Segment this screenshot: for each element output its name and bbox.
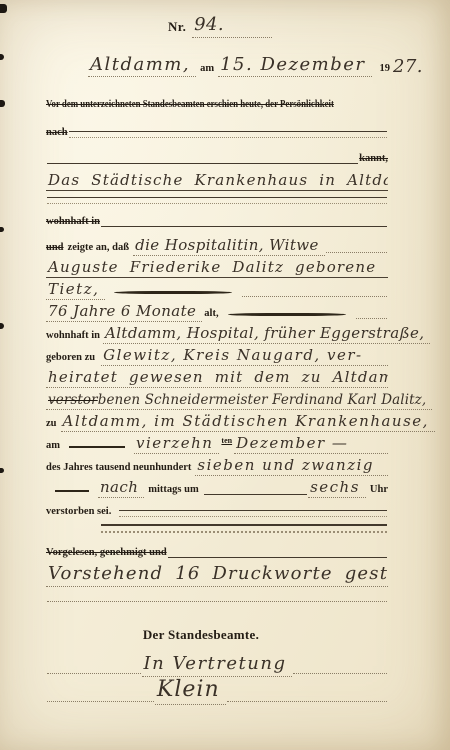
struck-intro-row: Vor dem unterzeichneten Standesbeamten e… (46, 93, 388, 113)
death-day-entry: vierzehn (134, 434, 219, 454)
registrar-signature: Klein (155, 677, 226, 705)
representation-row: In Vertretung (46, 653, 388, 677)
place-entry: Altdamm, (88, 54, 196, 78)
death-hour-row: nach mittags um sechs Uhr (46, 478, 388, 498)
struck-intro-text: Vor dem unterzeichneten Standesbeamten e… (46, 98, 334, 113)
document-body: Nr. 94. Altdamm, am 15. Dezember 19 27. … (0, 0, 450, 705)
birthplace-entry: Glewitz, Kreis Naugard, ver- (101, 346, 388, 366)
struck-nach-text: nach (46, 126, 68, 141)
residence-row: wohnhaft in Altdamm, Hospital, früher Eg… (46, 324, 388, 344)
record-number-row: Nr. 94. (168, 14, 388, 38)
death-month-entry: Dezember — (234, 434, 388, 454)
husband-struck-part: verstor (48, 392, 98, 408)
husband-entry: verstorbenen Schneidermeister Ferdinand … (46, 392, 432, 410)
ruled-line (101, 524, 387, 533)
ruled-line (47, 601, 387, 602)
death-place-row: zu Altdamm, im Städtischen Krankenhause, (46, 412, 388, 432)
death-place-entry: Altdamm, im Städtischen Krankenhause, (61, 412, 435, 432)
year-printed: 19 (380, 62, 391, 77)
age-row: 76 Jahre 6 Monate alt, (46, 302, 388, 322)
date-entry: 15. Dezember (218, 54, 371, 78)
alt-label: alt, (204, 307, 218, 322)
ten-suffix-label: ten (219, 436, 234, 446)
nr-label: Nr. (168, 19, 186, 37)
verstorben-label: verstorben sei. (46, 505, 111, 520)
husband-rest-part: benen Schneidermeister Ferdinand Karl Da… (98, 392, 427, 408)
death-register-page: Nr. 94. Altdamm, am 15. Dezember 19 27. … (0, 0, 450, 750)
wohnhaft-label: wohnhaft in (46, 329, 100, 344)
ruled-line (242, 296, 387, 297)
am-death-label: am (46, 439, 60, 454)
ruled-line (204, 494, 307, 495)
verstorben-row: verstorben sei. (46, 500, 388, 520)
registrar-title-row: Der Standesbeamte. (46, 625, 388, 645)
hour-entry: sechs (308, 478, 366, 498)
death-day-row: am vierzehn ten Dezember — (46, 434, 388, 454)
ruled-line (47, 163, 358, 164)
ruled-line (47, 701, 154, 702)
blank-line-row (46, 595, 388, 605)
struck-kannt-text: kannt, (359, 152, 388, 167)
registrar-title: Der Standesbeamte. (143, 627, 259, 645)
filler-dash (69, 446, 125, 448)
ruled-line (119, 510, 387, 517)
informant-row: Das Städtische Krankenhaus in Altdamm (46, 171, 388, 191)
informant-entry: Das Städtische Krankenhaus in Altdamm (46, 171, 388, 191)
death-year-entry: sieben und zwanzig (195, 456, 388, 476)
ruled-line (69, 131, 387, 138)
declaration-row: und zeigte an, daß die Hospitalitin, Wit… (46, 236, 388, 256)
deceased-intro-entry: die Hospitalitin, Witwe (133, 236, 325, 256)
ruled-line (326, 252, 387, 253)
struck-und-text: und (46, 241, 64, 256)
deceased-surname-entry: Tietz, (46, 280, 105, 300)
struck-wohnhaft-row: wohnhaft in (46, 215, 388, 230)
struck-vorgelesen-row: Vorgelesen, genehmigt und (46, 546, 388, 561)
marriage-row: heiratet gewesen mit dem zu Altdamm (46, 368, 388, 388)
death-year-row: des Jahres tausend neunhundert sieben un… (46, 456, 388, 476)
struck-kannt-row: kannt, (46, 147, 388, 167)
deceased-name-row: Auguste Friederike Dalitz geborene (46, 258, 388, 278)
struck-vorgelesen-text: Vorgelesen, genehmigt und (46, 546, 167, 561)
struck-nach-row: nach (46, 121, 388, 141)
zeigte-label: zeigte an, daß (68, 241, 130, 256)
ruled-line (47, 197, 387, 204)
blank-line-row (46, 524, 388, 536)
uhr-label: Uhr (370, 483, 388, 498)
struck-wohnhaft-text: wohnhaft in (46, 215, 100, 230)
year-words-label: des Jahres tausend neunhundert (46, 461, 191, 476)
mittags-label: mittags um (148, 483, 198, 498)
daytime-entry: nach (98, 478, 144, 498)
record-number-value: 94. (192, 14, 272, 38)
filler-dash (55, 490, 89, 492)
ruled-line (227, 701, 387, 702)
marriage-entry: heiratet gewesen mit dem zu Altdamm (46, 368, 388, 388)
year-entry: 27. (393, 56, 423, 78)
representation-entry: In Vertretung (142, 653, 293, 677)
blank-line-row (46, 197, 388, 207)
ruled-line (356, 318, 387, 319)
birthplace-row: geboren zu Glewitz, Kreis Naugard, ver- (46, 346, 388, 366)
zu-label: zu (46, 417, 57, 432)
geboren-label: geboren zu (46, 351, 95, 366)
ruled-line (293, 673, 387, 674)
husband-row: verstorbenen Schneidermeister Ferdinand … (46, 390, 388, 410)
correction-note-entry: Vorstehend 16 Druckworte gestrichen. (46, 563, 388, 587)
deceased-name-entry: Auguste Friederike Dalitz geborene (46, 258, 388, 278)
ruled-line (101, 226, 387, 227)
place-date-row: Altdamm, am 15. Dezember 19 27. (88, 54, 388, 78)
deceased-surname-row: Tietz, (46, 280, 388, 300)
filler-dash (228, 313, 346, 316)
age-entry: 76 Jahre 6 Monate (46, 302, 202, 322)
correction-note-row: Vorstehend 16 Druckworte gestrichen. (46, 563, 388, 587)
signature-row: Klein (46, 677, 388, 705)
ruled-line (168, 557, 387, 558)
residence-entry: Altdamm, Hospital, früher Eggerstraße, (103, 324, 430, 344)
filler-dash (114, 291, 232, 294)
ruled-line (47, 673, 141, 674)
am-label: am (200, 62, 214, 77)
